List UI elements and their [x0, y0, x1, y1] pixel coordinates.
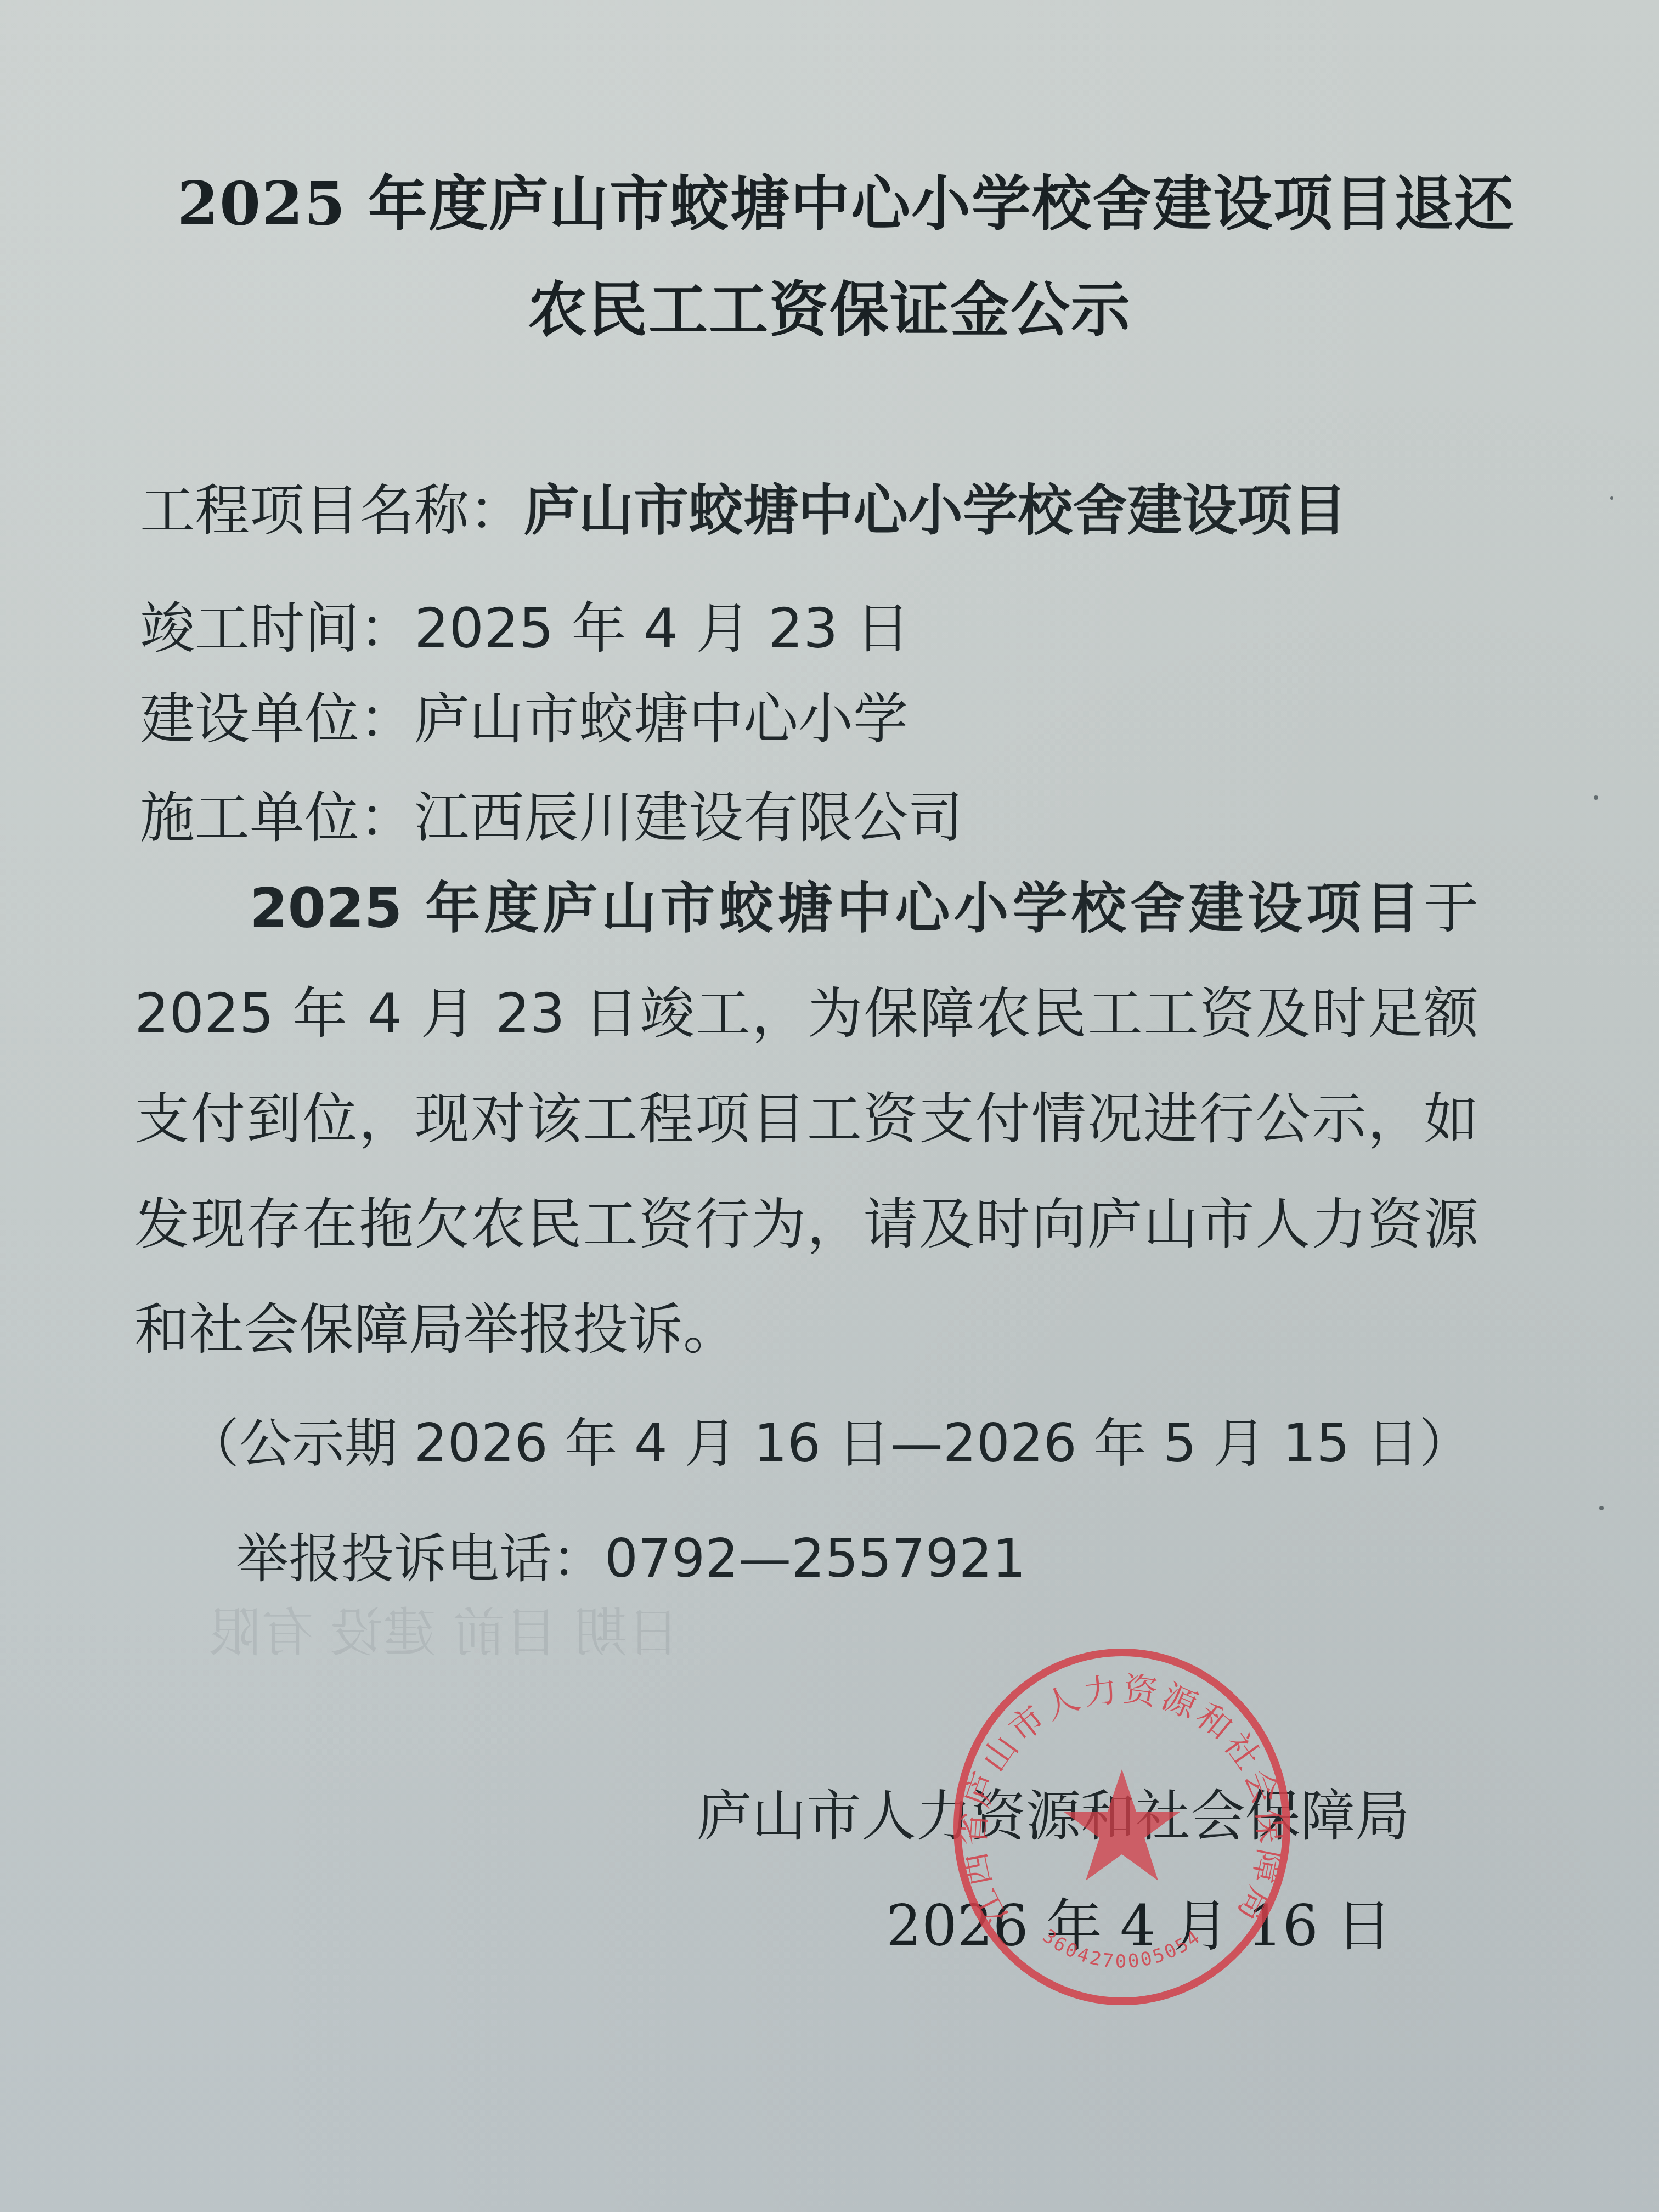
- field-completion-date: 竣工时间：2025 年 4 月 23 日: [140, 584, 910, 663]
- field-label: 建设单位：: [140, 687, 414, 751]
- field-value: 庐山市蛟塘中心小学校舍建设项目: [524, 478, 1347, 543]
- field-label: 施工单位：: [140, 786, 414, 850]
- body-lead: 2025 年度庐山市蛟塘中心小学校舍建设项目: [134, 876, 1424, 940]
- complaint-phone: 举报投诉电话：0792—2557921: [236, 1517, 1026, 1592]
- paper-speck: [1599, 1506, 1604, 1510]
- notice-body-paragraph: 2025 年度庐山市蛟塘中心小学校舍建设项目于 2025 年 4 月 23 日竣…: [134, 856, 1479, 1383]
- paper-speck: [1594, 795, 1598, 800]
- issue-date: 2026 年 4 月 16 日: [886, 1882, 1392, 1962]
- field-contractor: 施工单位：江西辰川建设有限公司: [140, 774, 963, 853]
- field-construction-owner: 建设单位：庐山市蛟塘中心小学: [140, 675, 908, 754]
- phone-label: 举报投诉电话：: [236, 1528, 605, 1589]
- notice-title-line-2: 农民工工资保证金公示: [0, 262, 1659, 347]
- field-project-name: 工程项目名称：庐山市蛟塘中心小学校舍建设项目: [140, 466, 1347, 545]
- field-value: 2025 年 4 月 23 日: [414, 596, 910, 661]
- field-value: 江西辰川建设有限公司: [414, 786, 963, 850]
- publicity-period: （公示期 2026 年 4 月 16 日—2026 年 5 月 15 日）: [187, 1402, 1472, 1477]
- field-label: 竣工时间：: [140, 596, 414, 661]
- notice-title-line-1: 2025 年度庐山市蛟塘中心小学校舍建设项目退还: [16, 156, 1659, 241]
- body-text: 于 2025 年 4 月 23 日竣工，为保障农民工工资及时足额支付到位，现对该…: [134, 876, 1479, 1362]
- field-value: 庐山市蛟塘中心小学: [414, 687, 908, 751]
- paper-speck: [1610, 496, 1613, 500]
- field-label: 工程项目名称：: [140, 478, 524, 543]
- phone-number: 0792—2557921: [605, 1528, 1026, 1589]
- issuer-name: 庐山市人力资源和社会保障局: [697, 1772, 1410, 1851]
- bleed-through-text: 日期 目前 建设 有限: [208, 1591, 680, 1666]
